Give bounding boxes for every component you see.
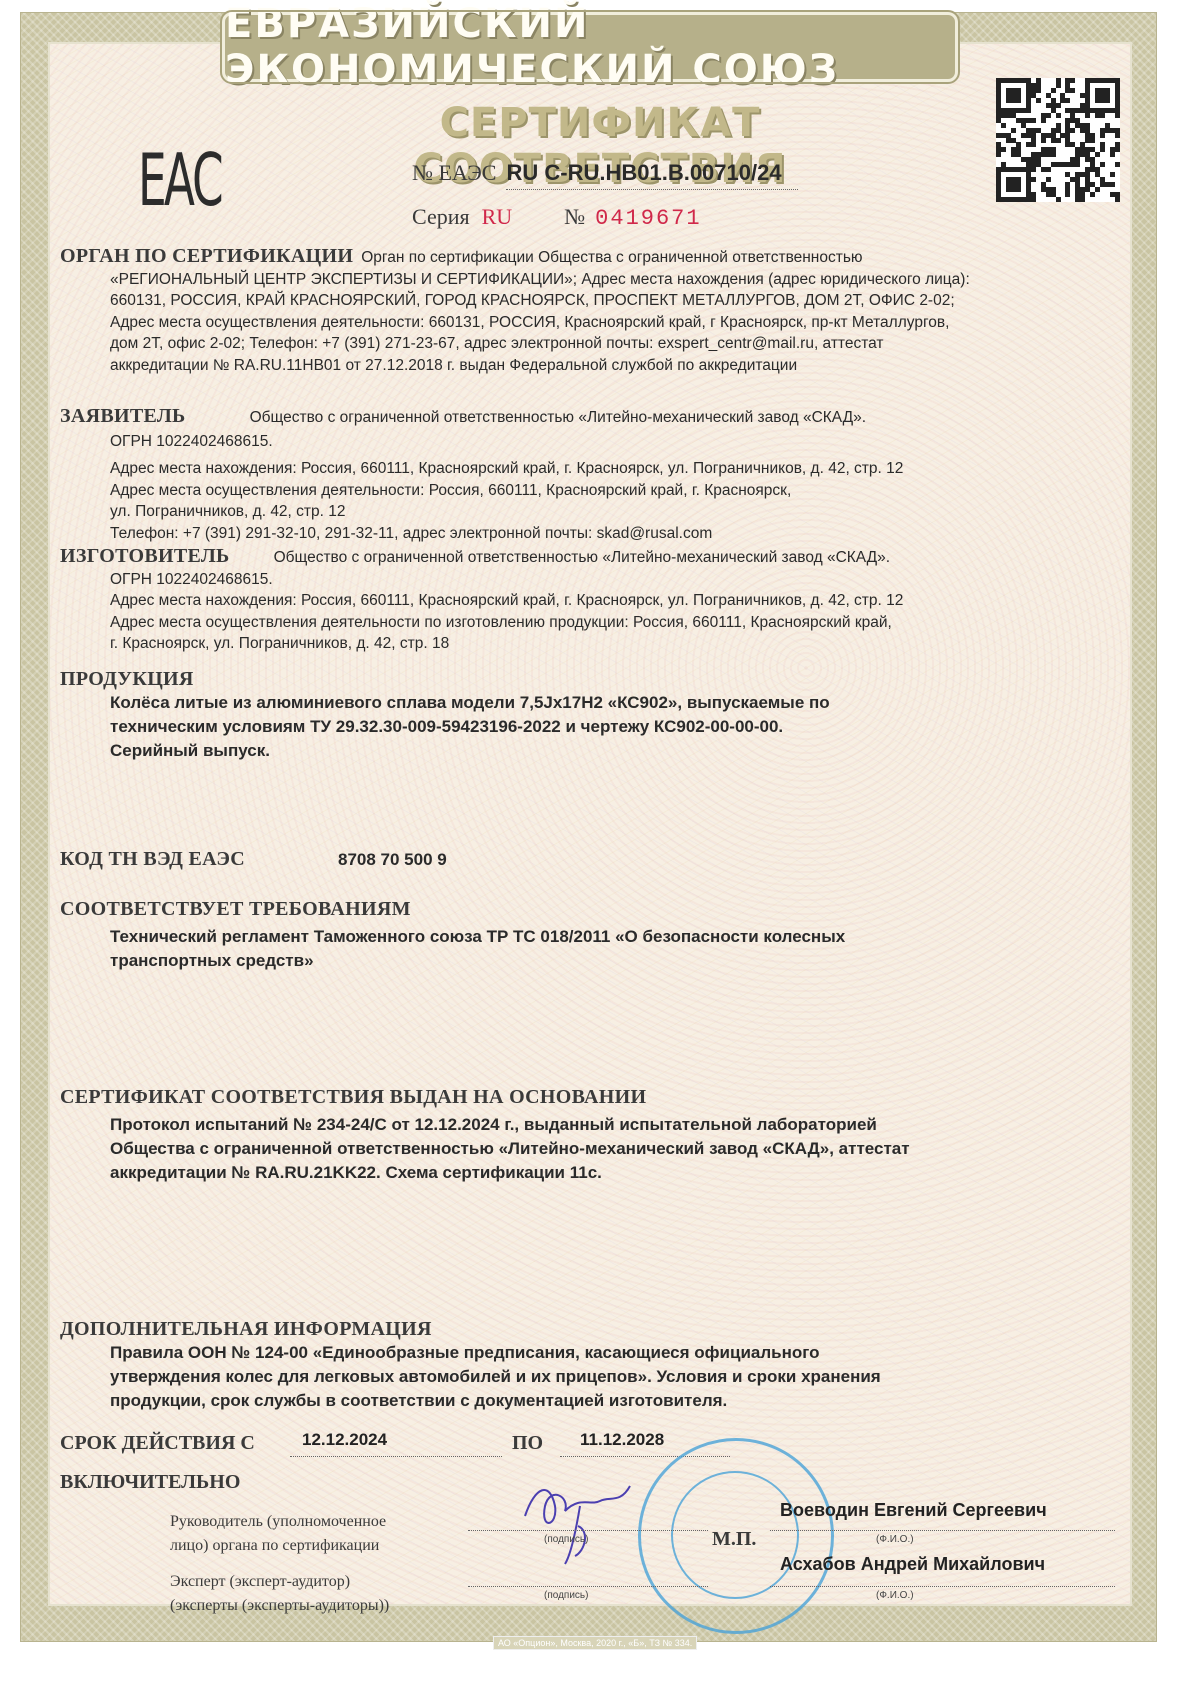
head-signature-line <box>468 1530 708 1531</box>
certification-body-line: 660131, РОССИЯ, КРАЙ КРАСНОЯРСКИЙ, ГОРОД… <box>110 290 1126 312</box>
expert-label-line: (эксперты (эксперты-аудиторы)) <box>170 1594 389 1618</box>
qr-code-icon[interactable] <box>996 78 1120 202</box>
applicant-line: Адрес места осуществления деятельности: … <box>110 480 1126 502</box>
hs-code-value: 8708 70 500 9 <box>338 850 447 869</box>
certification-body-line: Орган по сертификации Общества с огранич… <box>361 249 862 266</box>
product-heading: ПРОДУКЦИЯ <box>60 668 1126 691</box>
manufacturer-ogrn: ОГРН 1022402468615. <box>110 569 1126 591</box>
manufacturer-heading: ИЗГОТОВИТЕЛЬ <box>60 545 230 567</box>
basis-heading: СЕРТИФИКАТ СООТВЕТСТВИЯ ВЫДАН НА ОСНОВАН… <box>60 1086 1126 1109</box>
series-code: RU <box>482 204 513 230</box>
certification-body-line: «РЕГИОНАЛЬНЫЙ ЦЕНТР ЭКСПЕРТИЗЫ И СЕРТИФИ… <box>110 269 1126 291</box>
basis-line: Общества с ограниченной ответственностью… <box>110 1137 1126 1161</box>
expert-signature-line <box>468 1586 708 1587</box>
certification-body-heading: ОРГАН ПО СЕРТИФИКАЦИИ <box>60 245 353 267</box>
head-label-line: лицо) органа по сертификации <box>170 1534 386 1558</box>
product-line: Серийный выпуск. <box>110 739 1126 763</box>
manufacturer-name: Общество с ограниченной ответственностью… <box>274 549 891 566</box>
head-fio-caption: (Ф.И.О.) <box>876 1534 914 1545</box>
basis-line: Протокол испытаний № 234-24/С от 12.12.2… <box>110 1113 1126 1137</box>
head-name: Воеводин Евгений Сергеевич <box>780 1500 1047 1521</box>
additional-info-line: продукции, срок службы в соответствии с … <box>110 1389 1126 1413</box>
expert-label-line: Эксперт (эксперт-аудитор) <box>170 1570 389 1594</box>
product-line: Колёса литые из алюминиевого сплава моде… <box>110 691 1126 715</box>
applicant-section: ЗАЯВИТЕЛЬОбщество с ограниченной ответст… <box>60 406 1126 544</box>
series-row: Серия RU № 0419671 <box>412 204 702 231</box>
blank-number: 0419671 <box>595 206 701 231</box>
additional-info-section: ДОПОЛНИТЕЛЬНАЯ ИНФОРМАЦИЯ Правила ООН № … <box>60 1318 1126 1413</box>
applicant-line: ул. Пограничников, д. 42, стр. 12 <box>110 501 1126 523</box>
expert-fio-caption: (Ф.И.О.) <box>876 1590 914 1601</box>
registration-label: № ЕАЭС <box>412 160 496 186</box>
manufacturer-line: г. Красноярск, ул. Пограничников, д. 42,… <box>110 633 1126 655</box>
basis-section: СЕРТИФИКАТ СООТВЕТСТВИЯ ВЫДАН НА ОСНОВАН… <box>60 1086 1126 1185</box>
series-label: Серия <box>412 204 470 230</box>
stamp-place-label: М.П. <box>712 1528 756 1551</box>
additional-info-line: Правила ООН № 124-00 «Единообразные пред… <box>110 1341 1126 1365</box>
requirements-line: транспортных средств» <box>110 949 1126 973</box>
head-label: Руководитель (уполномоченное лицо) орган… <box>170 1510 386 1558</box>
manufacturer-line: Адрес места нахождения: Россия, 660111, … <box>110 590 1126 612</box>
certification-body-text: «РЕГИОНАЛЬНЫЙ ЦЕНТР ЭКСПЕРТИЗЫ И СЕРТИФИ… <box>60 269 1126 377</box>
product-line: техническим условиям ТУ 29.32.30-009-594… <box>110 715 1126 739</box>
applicant-name: Общество с ограниченной ответственностью… <box>250 409 867 426</box>
expert-name: Асхабов Андрей Михайлович <box>780 1554 1045 1575</box>
validity-from-label: СРОК ДЕЙСТВИЯ С <box>60 1432 255 1454</box>
additional-info-heading: ДОПОЛНИТЕЛЬНАЯ ИНФОРМАЦИЯ <box>60 1318 1126 1341</box>
applicant-ogrn: ОГРН 1022402468615. <box>110 431 1126 453</box>
requirements-line: Технический регламент Таможенного союза … <box>110 925 1126 949</box>
manufacturer-section: ИЗГОТОВИТЕЛЬОбщество с ограниченной отве… <box>60 546 1126 655</box>
certification-body-line: дом 2Т, офис 2-02; Телефон: +7 (391) 271… <box>110 333 1126 355</box>
validity-from-date: 12.12.2024 <box>290 1430 502 1457</box>
additional-info-line: утверждения колес для легковых автомобил… <box>110 1365 1126 1389</box>
eac-logo: ЕАС <box>138 138 221 222</box>
expert-signature-caption: (подпись) <box>544 1590 588 1601</box>
hs-code-heading: КОД ТН ВЭД ЕАЭС <box>60 848 338 871</box>
signature-icon <box>520 1476 640 1566</box>
expert-label: Эксперт (эксперт-аудитор) (эксперты (экс… <box>170 1570 389 1618</box>
printer-note: АО «Опцион», Москва, 2020 г., «Б», ТЗ № … <box>493 1636 697 1650</box>
requirements-section: СООТВЕТСТВУЕТ ТРЕБОВАНИЯМ Технический ре… <box>60 898 1126 973</box>
blank-number-label: № <box>564 204 585 230</box>
applicant-line: Телефон: +7 (391) 291-32-10, 291-32-11, … <box>110 523 1126 545</box>
basis-line: аккредитации № RA.RU.21KK22. Схема серти… <box>110 1161 1126 1185</box>
validity-to-label: ПО <box>512 1432 543 1455</box>
product-section: ПРОДУКЦИЯ Колёса литые из алюминиевого с… <box>60 668 1126 763</box>
head-fio-line <box>770 1530 1115 1531</box>
union-banner: ЕВРАЗИЙСКИЙ ЭКОНОМИЧЕСКИЙ СОЮЗ <box>222 12 958 82</box>
applicant-line: Адрес места нахождения: Россия, 660111, … <box>110 458 1126 480</box>
hs-code-section: КОД ТН ВЭД ЕАЭС8708 70 500 9 <box>60 848 1126 872</box>
applicant-heading: ЗАЯВИТЕЛЬ <box>60 405 186 427</box>
certification-body-section: ОРГАН ПО СЕРТИФИКАЦИИОрган по сертификац… <box>60 246 1126 376</box>
requirements-heading: СООТВЕТСТВУЕТ ТРЕБОВАНИЯМ <box>60 898 1126 921</box>
registration-number: RU C-RU.HB01.B.00710/24 <box>506 160 798 190</box>
certification-body-line: аккредитации № RA.RU.11HB01 от 27.12.201… <box>110 355 1126 377</box>
head-signature-caption: (подпись) <box>544 1534 588 1545</box>
expert-fio-line <box>770 1586 1115 1587</box>
registration-number-row: № ЕАЭС RU C-RU.HB01.B.00710/24 <box>412 160 798 190</box>
certification-body-line: Адрес места осуществления деятельности: … <box>110 312 1126 334</box>
head-label-line: Руководитель (уполномоченное <box>170 1510 386 1534</box>
manufacturer-line: Адрес места осуществления деятельности п… <box>110 612 1126 634</box>
